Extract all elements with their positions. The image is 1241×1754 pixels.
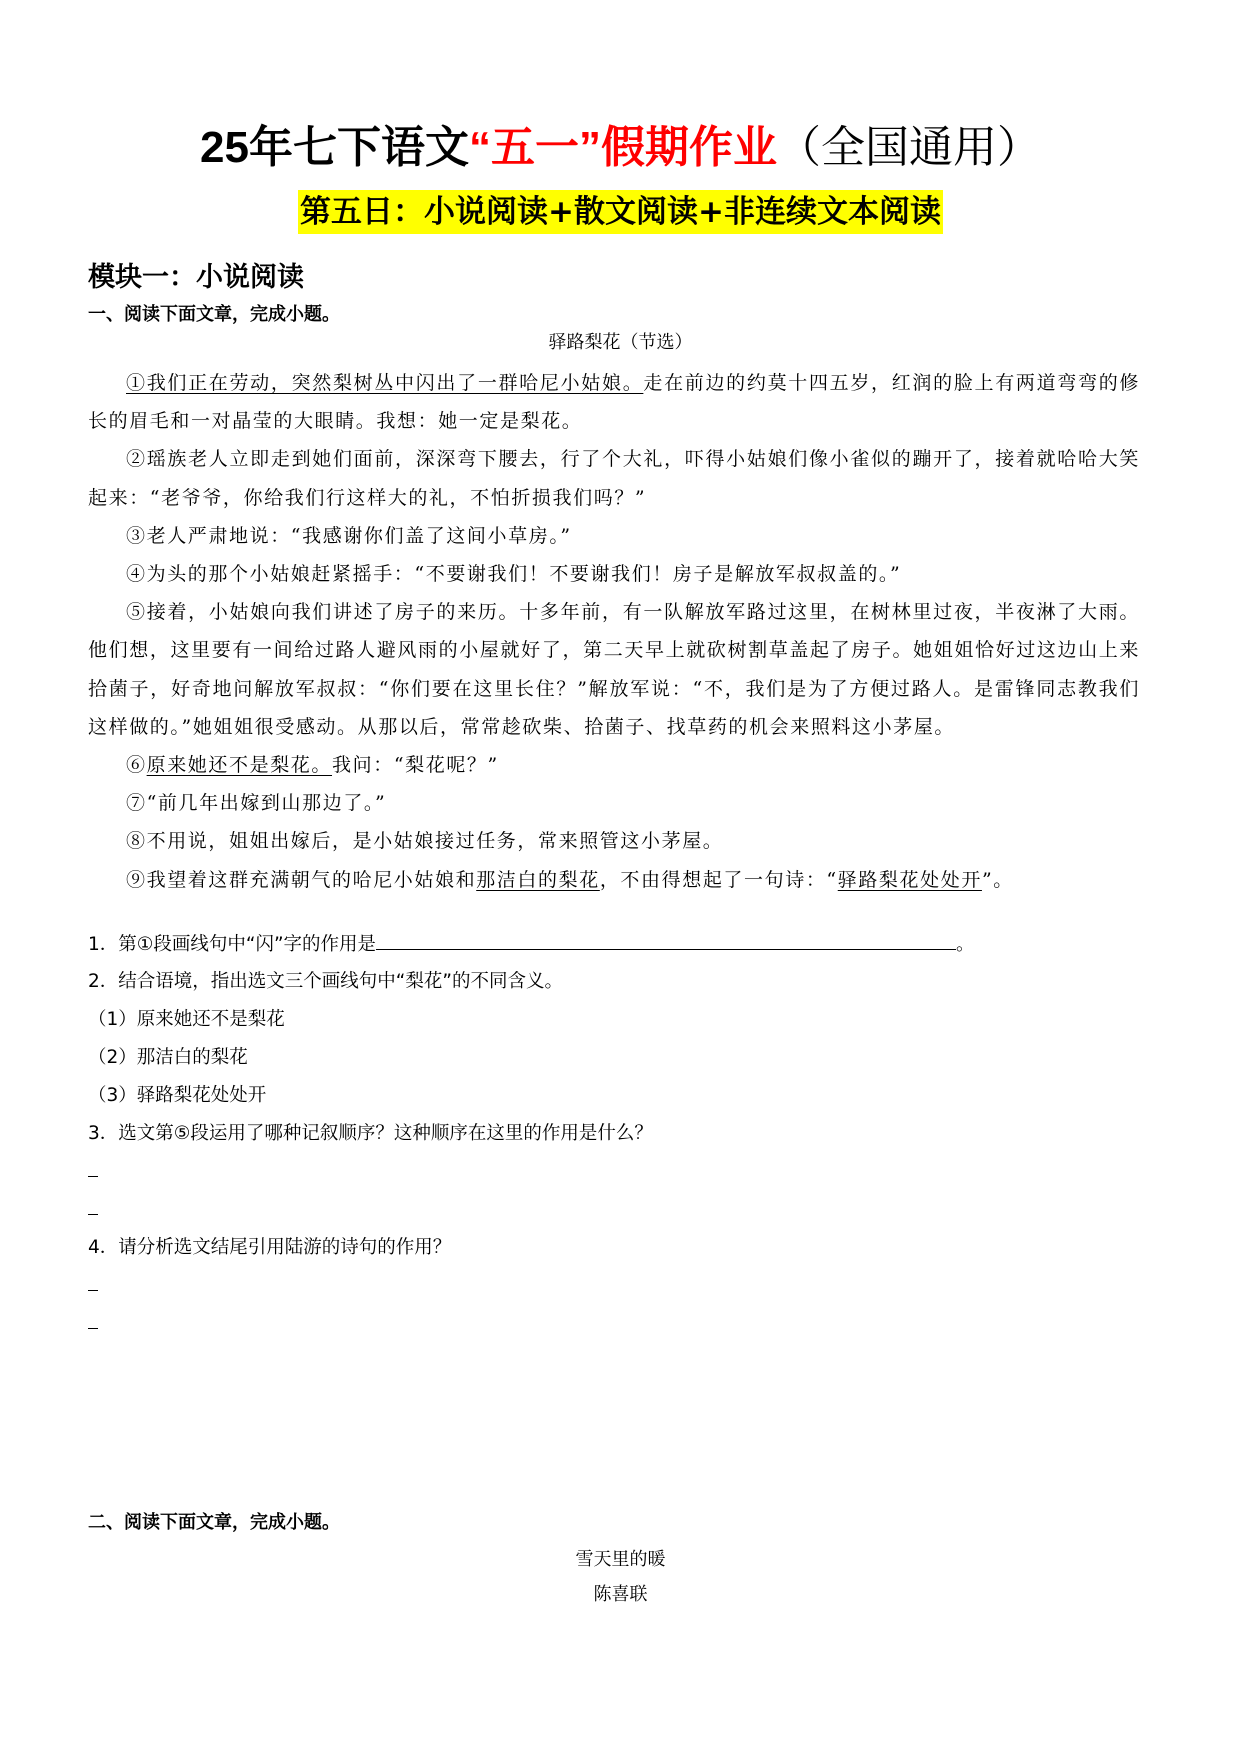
question-2: 2．结合语境，指出选文三个画线句中“梨花”的不同含义。 (88, 963, 1148, 1001)
question-2-item-3: （3）驿路梨花处处开 (88, 1077, 1148, 1115)
answer-blank-1[interactable] (376, 925, 956, 950)
answer-line[interactable] (88, 1191, 1148, 1229)
title-holiday: “五一”假期作业 (469, 123, 777, 172)
document-page: 25年七下语文“五一”假期作业（全国通用） 第五日：小说阅读+散文阅读+非连续文… (0, 0, 1241, 1754)
answer-line[interactable] (88, 1153, 1148, 1191)
title-prefix: 25年七下语文 (200, 123, 469, 172)
page-title: 25年七下语文“五一”假期作业（全国通用） (0, 118, 1241, 178)
question-1: 1．第①段画线句中“闪”字的作用是。 (88, 925, 1148, 963)
underlined-sentence-2: 原来她还不是梨花。 (147, 754, 332, 776)
article-title-1: 驿路梨花（节选） (0, 328, 1241, 358)
section-heading-2: 二、阅读下面文章，完成小题。 (88, 1508, 340, 1538)
section-heading-1: 一、阅读下面文章，完成小题。 (88, 300, 340, 330)
paragraph-2: ②瑶族老人立即走到她们面前，深深弯下腰去，行了个大礼，吓得小姑娘们像小雀似的蹦开… (88, 440, 1140, 516)
question-4: 4．请分析选文结尾引用陆游的诗句的作用？ (88, 1229, 1148, 1267)
title-suffix: （全国通用） (777, 123, 1041, 172)
article-author-2: 陈喜联 (0, 1580, 1241, 1610)
underlined-phrase-3: 那洁白的梨花 (476, 869, 600, 891)
answer-line[interactable] (88, 1305, 1148, 1343)
paragraph-7: ⑦“前几年出嫁到山那边了。” (88, 784, 1140, 822)
answer-line[interactable] (88, 1267, 1148, 1305)
subtitle-wrap: 第五日：小说阅读+散文阅读+非连续文本阅读 (0, 190, 1241, 234)
article-title-2: 雪天里的暖 (0, 1545, 1241, 1575)
paragraph-5: ⑤接着，小姑娘向我们讲述了房子的来历。十多年前，有一队解放军路过这里，在树林里过… (88, 593, 1140, 746)
article-body-1: ①我们正在劳动，突然梨树丛中闪出了一群哈尼小姑娘。走在前边的约莫十四五岁，红润的… (88, 364, 1140, 899)
question-3: 3．选文第⑤段运用了哪种记叙顺序？这种顺序在这里的作用是什么？ (88, 1115, 1148, 1153)
paragraph-3: ③老人严肃地说：“我感谢你们盖了这间小草房。” (88, 517, 1140, 555)
question-2-item-1: （1）原来她还不是梨花 (88, 1001, 1148, 1039)
page-subtitle: 第五日：小说阅读+散文阅读+非连续文本阅读 (298, 190, 943, 234)
underlined-phrase-4: 驿路梨花处处开 (838, 869, 982, 891)
paragraph-8: ⑧不用说，姐姐出嫁后，是小姑娘接过任务，常来照管这小茅屋。 (88, 822, 1140, 860)
paragraph-6: ⑥原来她还不是梨花。我问：“梨花呢？” (88, 746, 1140, 784)
question-2-item-2: （2）那洁白的梨花 (88, 1039, 1148, 1077)
module-title: 模块一：小说阅读 (88, 258, 304, 298)
underlined-sentence-1: ①我们正在劳动，突然梨树丛中闪出了一群哈尼小姑娘。 (126, 372, 643, 394)
paragraph-9: ⑨我望着这群充满朝气的哈尼小姑娘和那洁白的梨花，不由得想起了一句诗：“驿路梨花处… (88, 861, 1140, 899)
paragraph-4: ④为头的那个小姑娘赶紧摇手：“不要谢我们！不要谢我们！房子是解放军叔叔盖的。” (88, 555, 1140, 593)
questions-1: 1．第①段画线句中“闪”字的作用是。 2．结合语境，指出选文三个画线句中“梨花”… (88, 925, 1148, 1343)
paragraph-1: ①我们正在劳动，突然梨树丛中闪出了一群哈尼小姑娘。走在前边的约莫十四五岁，红润的… (88, 364, 1140, 440)
